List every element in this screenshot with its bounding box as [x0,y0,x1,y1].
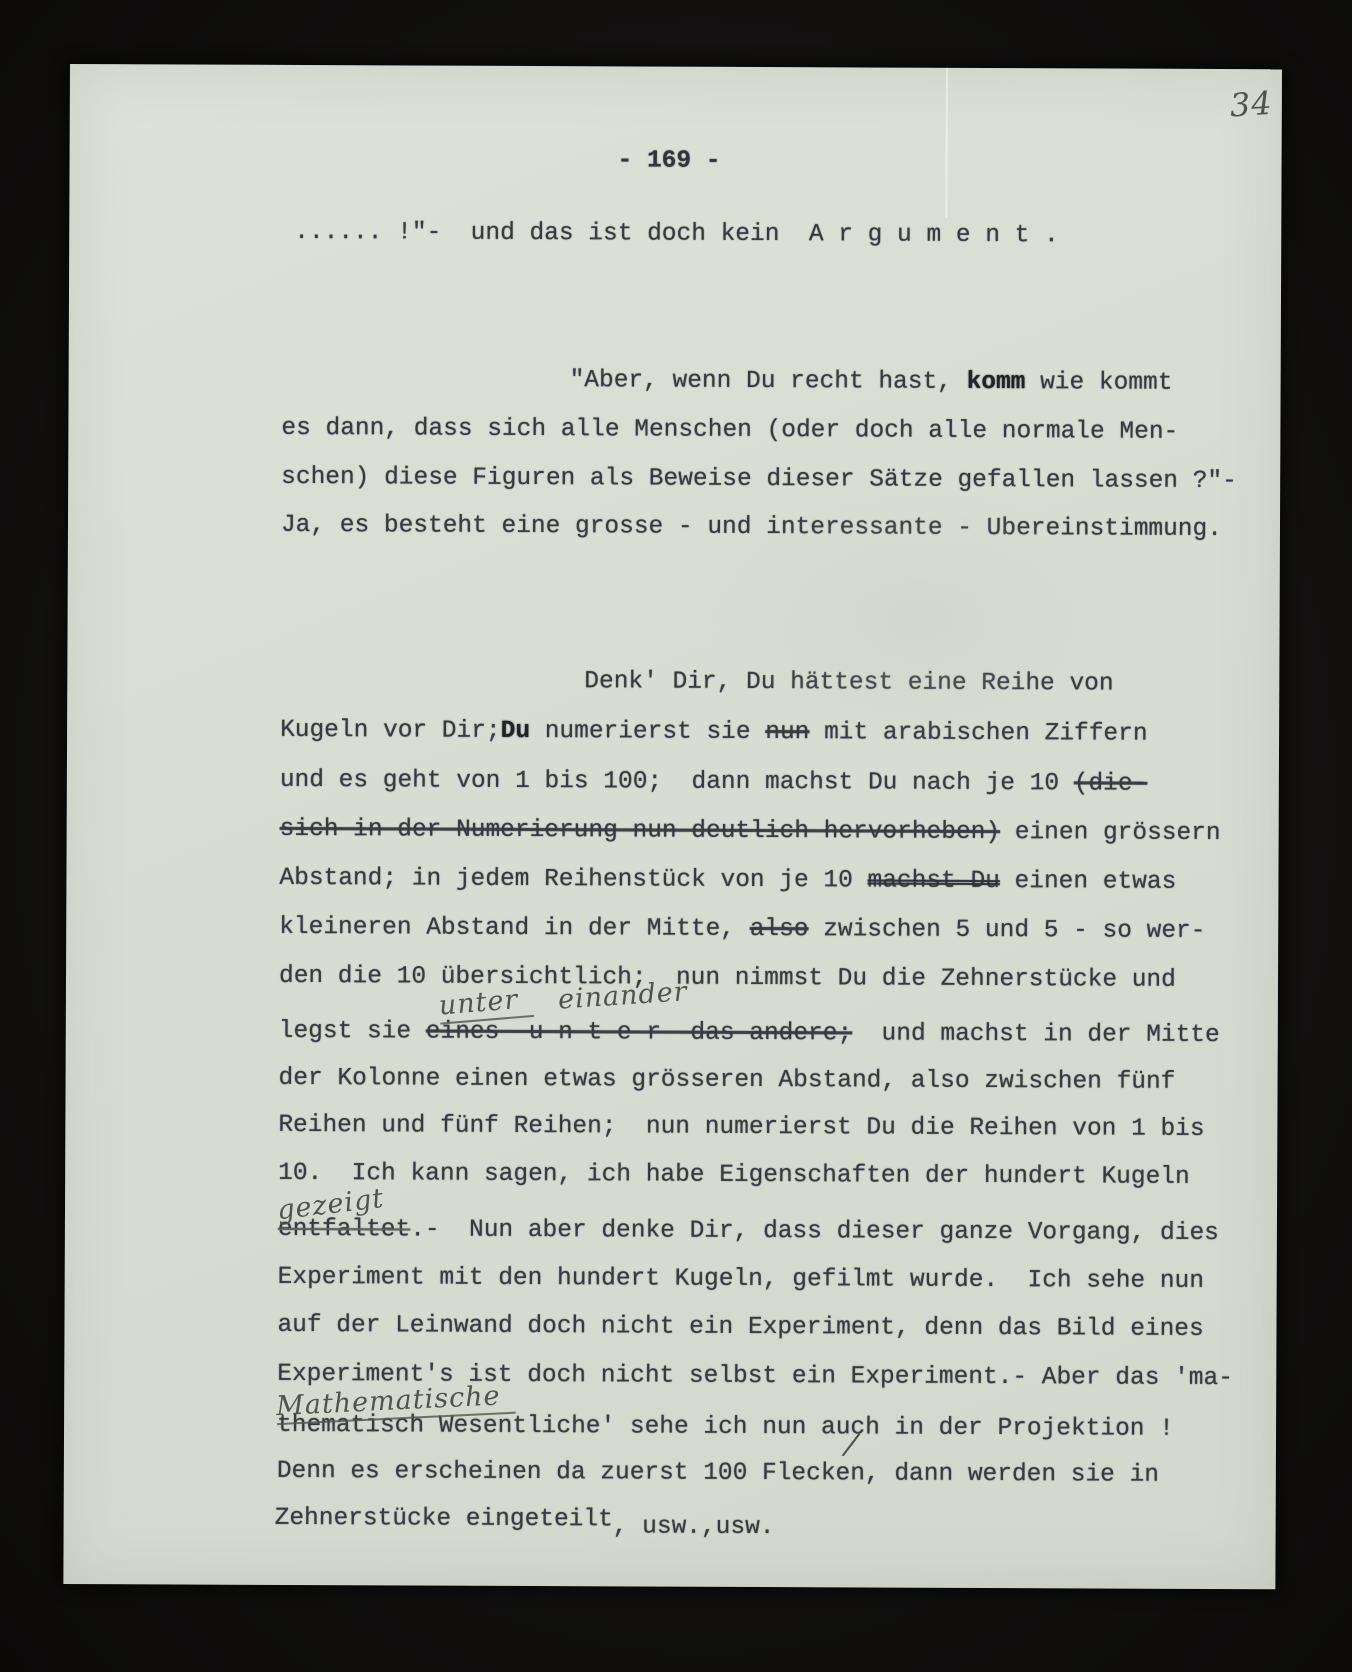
typescript-line: "Aber, wenn Du recht hast, komm wie komm… [570,367,1173,397]
typescript-line: Ja, es besteht eine grosse - und interes… [281,512,1222,543]
typed-segment-strike2: machst Du [867,867,999,895]
typed-segment: .- Nun aber denke Dir, dass dieser ganze… [410,1216,1219,1247]
typed-segment: legst sie [279,1018,426,1046]
typed-segment: Reihen und fünf Reihen; nun numerierst D… [278,1112,1204,1143]
typescript-line: Denk' Dir, Du hättest eine Reihe von [584,668,1113,697]
typed-segment: "Aber, wenn Du recht hast, [570,367,967,396]
sheet-number-annotation: 34 [1229,84,1274,125]
typed-segment: Experiment mit den hundert Kugeln, gefil… [278,1264,1204,1295]
typed-segment: einen grössern [1000,819,1221,847]
typed-segment: 10. Ich kann sagen, ich habe Eigenschaft… [278,1160,1190,1191]
typescript-line: der Kolonne einen etwas grösseren Abstan… [279,1065,1176,1096]
typed-segment: mit arabischen Ziffern [809,719,1147,747]
typed-segment-over: Du [501,718,531,745]
typed-segment: zwischen 5 und 5 - so wer- [808,916,1205,945]
typescript-line: Kugeln vor Dir;Du numerierst sie nun mit… [280,717,1148,748]
typescript-line: sich in der Numerierung nun deutlich her… [280,816,1221,847]
typescript-line: kleineren Abstand in der Mitte, also zwi… [279,914,1205,945]
typed-segment: schen) diese Figuren als Beweise dieser … [281,464,1237,495]
typed-segment: einen etwas [1000,868,1177,896]
typescript-line: auf der Leinwand doch nicht ein Experime… [277,1312,1203,1343]
typed-segment: und es geht von 1 bis 100; dann machst D… [280,767,1074,797]
typed-segment-strike: nun [765,719,809,746]
typescript-line: und es geht von 1 bis 100; dann machst D… [280,767,1148,798]
typescript-line: ...... !"- und das ist doch kein A r g u… [294,219,1059,249]
typed-segment: Abstand; in jedem Reihenstück von je 10 [279,865,867,895]
typed-segment: ...... !"- und das ist doch kein A r g u… [294,219,1059,249]
typescript-line: 10. Ich kann sagen, ich habe Eigenschaft… [278,1160,1190,1191]
typed-segment: und machst in der Mitte [852,1020,1220,1049]
typed-segment: Denk' Dir, Du hättest eine Reihe von [584,668,1113,697]
typescript-line: legst sie eines u n t e r das andere; un… [279,1018,1220,1049]
scan-background: { "document": { "sheet_number": "34", "p… [0,0,1352,1672]
typed-segment: numerierst sie [530,718,765,746]
typescript-line: Abstand; in jedem Reihenstück von je 10 … [279,865,1176,896]
typed-segment-strike: sich in der Numerierung nun deutlich her… [280,816,1001,846]
typescript-line: entfaltet.- Nun aber denke Dir, dass die… [278,1216,1219,1247]
typed-segment: es dann, dass sich alle Menschen (oder d… [281,415,1178,446]
typed-segment-strike: also [750,916,809,943]
typed-segment: Zehnerstücke eingeteilt [275,1505,613,1533]
typed-segment: auf der Leinwand doch nicht ein Experime… [277,1312,1203,1343]
typed-segment: Denn es erscheinen da zuerst 100 Flecken… [277,1458,1159,1489]
typed-segment: Kugeln vor Dir; [280,717,501,745]
typescript-line: Denn es erscheinen da zuerst 100 Flecken… [277,1458,1159,1489]
typed-segment: der Kolonne einen etwas grösseren Abstan… [279,1065,1176,1096]
typescript-line: schen) diese Figuren als Beweise dieser … [281,464,1237,495]
typescript-line: Zehnerstücke eingeteilt, usw.,usw. [275,1505,775,1534]
typed-segment-drop: , usw.,usw. [613,1513,775,1541]
typescript-line: es dann, dass sich alle Menschen (oder d… [281,415,1178,446]
typescript-line: Experiment mit den hundert Kugeln, gefil… [278,1264,1204,1295]
typed-segment-over: komm [967,369,1026,396]
typescript-line: den die 10 übersichtlich; nun nimmst Du … [279,963,1176,994]
typed-segment: kleineren Abstand in der Mitte, [279,914,750,943]
typed-segment: den die 10 übersichtlich; nun nimmst Du … [279,963,1176,994]
typescript-line: Reihen und fünf Reihen; nun numerierst D… [278,1112,1204,1143]
paper-sheet: - 169 - ...... !"- und das ist doch kein… [63,64,1282,1589]
typed-segment-strike: eines u n t e r das andere; [426,1019,852,1048]
typed-segment-strike: (die- [1074,770,1148,797]
typed-segment: Ja, es besteht eine grosse - und interes… [281,512,1222,543]
typed-segment: wie kommt [1025,369,1172,397]
page-number-heading: - 169 - [618,147,721,174]
